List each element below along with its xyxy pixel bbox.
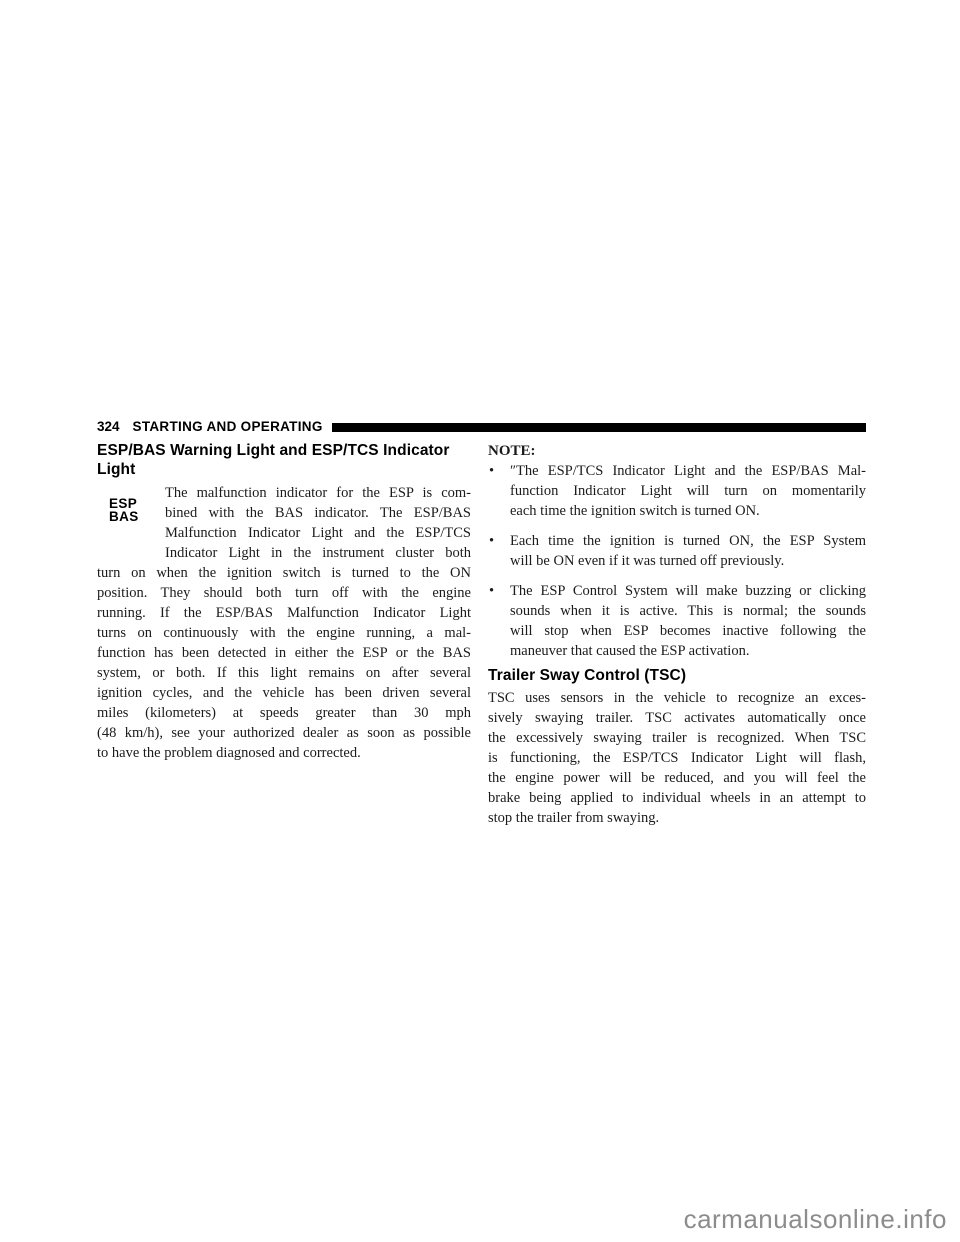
text-line: will be ON even if it was turned off pre… bbox=[510, 551, 866, 571]
left-column: ESP/BAS Warning Light and ESP/TCS Indica… bbox=[97, 441, 471, 763]
note-bullet-2-text: Each time the ignition is turned ON, the… bbox=[510, 531, 866, 571]
text-line: The malfunction indicator for the ESP is… bbox=[165, 483, 471, 503]
text-line: The ESP Control System will make buzzing… bbox=[510, 581, 866, 601]
paragraph-wrapped-lines: The malfunction indicator for the ESP is… bbox=[165, 483, 471, 563]
note-label: NOTE: bbox=[488, 441, 866, 461]
note-bullet-3-text: The ESP Control System will make buzzing… bbox=[510, 581, 866, 661]
note-bullet-1: • ″The ESP/TCS Indicator Light and the E… bbox=[488, 461, 866, 521]
text-line: ignition cycles, and the vehicle has bee… bbox=[97, 683, 471, 703]
text-line: running. If the ESP/BAS Malfunction Indi… bbox=[97, 603, 471, 623]
text-line: the excessively swaying trailer is recog… bbox=[488, 728, 866, 748]
bullet-icon: • bbox=[488, 581, 510, 661]
text-line: to have the problem diagnosed and correc… bbox=[97, 743, 471, 763]
watermark: carmanualsonline.info bbox=[684, 1204, 947, 1235]
text-line: function Indicator Light will turn on mo… bbox=[510, 481, 866, 501]
text-line: sively swaying trailer. TSC activates au… bbox=[488, 708, 866, 728]
text-line: maneuver that caused the ESP activation. bbox=[510, 641, 866, 661]
note-bullet-1-text: ″The ESP/TCS Indicator Light and the ESP… bbox=[510, 461, 866, 521]
text-line: is functioning, the ESP/TCS Indicator Li… bbox=[488, 748, 866, 768]
text-line: ″The ESP/TCS Indicator Light and the ESP… bbox=[510, 461, 866, 481]
note-bullet-2: • Each time the ignition is turned ON, t… bbox=[488, 531, 866, 571]
bas-icon-text: BAS bbox=[109, 510, 139, 523]
section-title: STARTING AND OPERATING bbox=[133, 420, 323, 434]
text-line: TSC uses sensors in the vehicle to recog… bbox=[488, 688, 866, 708]
esp-bas-heading: ESP/BAS Warning Light and ESP/TCS Indica… bbox=[97, 441, 471, 479]
bullet-icon: • bbox=[488, 461, 510, 521]
right-column: NOTE: • ″The ESP/TCS Indicator Light and… bbox=[488, 441, 866, 828]
text-line: system, or both. If this light remains o… bbox=[97, 663, 471, 683]
esp-bas-indicator-icon: ESP BAS bbox=[109, 497, 139, 523]
text-line: brake being applied to individual wheels… bbox=[488, 788, 866, 808]
text-line: position. They should both turn off with… bbox=[97, 583, 471, 603]
tsc-heading: Trailer Sway Control (TSC) bbox=[488, 666, 866, 685]
note-bullet-3: • The ESP Control System will make buzzi… bbox=[488, 581, 866, 661]
bullet-icon: • bbox=[488, 531, 510, 571]
text-line: each time the ignition switch is turned … bbox=[510, 501, 866, 521]
text-line: Malfunction Indicator Light and the ESP/… bbox=[165, 523, 471, 543]
text-line: stop the trailer from swaying. bbox=[488, 808, 866, 828]
text-line: sounds when it is active. This is normal… bbox=[510, 601, 866, 621]
text-line: function has been detected in either the… bbox=[97, 643, 471, 663]
tsc-paragraph: TSC uses sensors in the vehicle to recog… bbox=[488, 688, 866, 828]
text-line: turns on continuously with the engine ru… bbox=[97, 623, 471, 643]
text-line: Indicator Light in the instrument cluste… bbox=[165, 543, 471, 563]
paragraph-full-lines: turn on when the ignition switch is turn… bbox=[97, 563, 471, 763]
page-number: 324 bbox=[97, 420, 120, 434]
text-line: Each time the ignition is turned ON, the… bbox=[510, 531, 866, 551]
text-line: the engine power will be reduced, and yo… bbox=[488, 768, 866, 788]
header-rule-bar bbox=[332, 423, 866, 432]
text-line: miles (kilometers) at speeds greater tha… bbox=[97, 703, 471, 723]
esp-bas-paragraph: ESP BAS The malfunction indicator for th… bbox=[97, 483, 471, 763]
text-line: will stop when ESP becomes inactive foll… bbox=[510, 621, 866, 641]
text-line: turn on when the ignition switch is turn… bbox=[97, 563, 471, 583]
text-line: (48 km/h), see your authorized dealer as… bbox=[97, 723, 471, 743]
page-header: 324 STARTING AND OPERATING bbox=[97, 420, 866, 434]
text-line: bined with the BAS indicator. The ESP/BA… bbox=[165, 503, 471, 523]
